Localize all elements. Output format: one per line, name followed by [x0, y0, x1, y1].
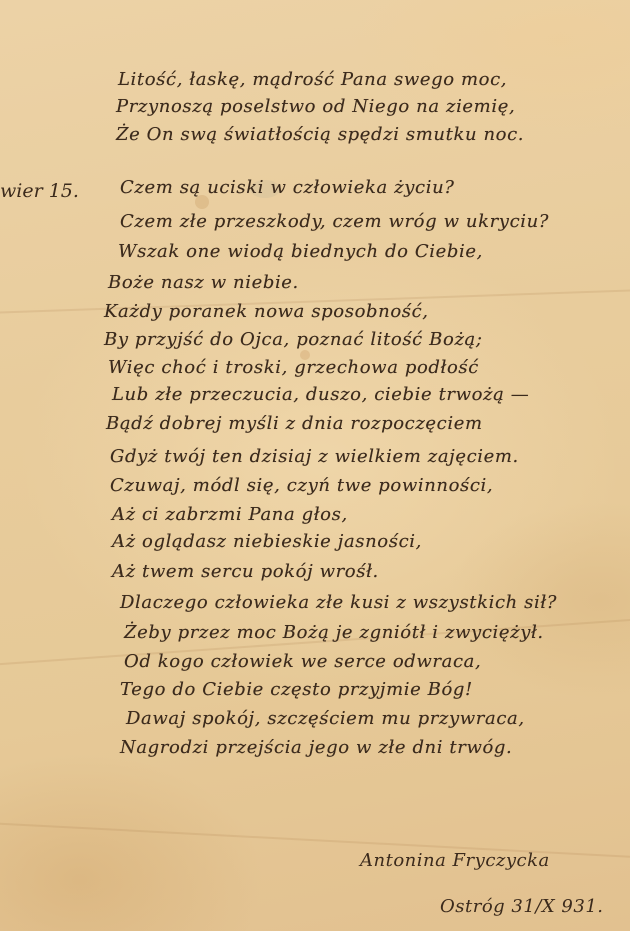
poem-line-2: Czem złe przeszkody, czem wróg w ukryciu…	[120, 212, 549, 232]
poem-line-17: Od kogo człowiek we serce odwraca,	[124, 652, 481, 672]
poem-line-7: Więc choć i troski, grzechowa podłość	[108, 358, 479, 378]
poem-line-11: Czuwaj, módl się, czyń twe powinności,	[110, 476, 493, 496]
poem-line-10: Gdyż twój ten dzisiaj z wielkiem zajęcie…	[110, 447, 519, 467]
poem-line-9: Bądź dobrej myśli z dnia rozpoczęciem	[106, 414, 483, 434]
signature-name: Antonina Fryczycka	[360, 850, 550, 871]
intro-line-3: Że On swą światłością spędzi smutku noc.	[116, 125, 524, 145]
poem-line-6: By przyjść do Ojca, poznać litość Bożą;	[104, 330, 483, 350]
poem-line-5: Każdy poranek nowa sposobność,	[104, 302, 429, 322]
poem-line-14: Aż twem sercu pokój wrośł.	[112, 562, 379, 582]
manuscript-page: Litość, łaskę, mądrość Pana swego moc, P…	[0, 0, 630, 931]
poem-line-1: Czem są uciski w człowieka życiu?	[120, 178, 455, 198]
poem-line-13: Aż oglądasz niebieskie jasności,	[112, 532, 422, 552]
intro-line-2: Przynoszą poselstwo od Niego na ziemię,	[116, 97, 515, 117]
poem-line-16: Żeby przez moc Bożą je zgniótł i zwycięż…	[124, 623, 544, 643]
poem-line-4: Boże nasz w niebie.	[108, 273, 299, 293]
poem-line-15: Dlaczego człowieka złe kusi z wszystkich…	[120, 593, 557, 613]
poem-line-18: Tego do Ciebie często przyjmie Bóg!	[120, 680, 473, 700]
signature-place-date: Ostróg 31/X 931.	[440, 896, 604, 917]
margin-note: wier 15.	[0, 180, 79, 202]
intro-line-1: Litość, łaskę, mądrość Pana swego moc,	[118, 70, 507, 90]
poem-line-20: Nagrodzi przejścia jego w złe dni trwóg.	[120, 738, 512, 758]
poem-line-19: Dawaj spokój, szczęściem mu przywraca,	[126, 709, 525, 729]
poem-line-12: Aż ci zabrzmi Pana głos,	[112, 505, 348, 525]
poem-line-3: Wszak one wiodą biednych do Ciebie,	[118, 242, 483, 262]
poem-line-8: Lub złe przeczucia, duszo, ciebie trwożą…	[112, 385, 529, 405]
